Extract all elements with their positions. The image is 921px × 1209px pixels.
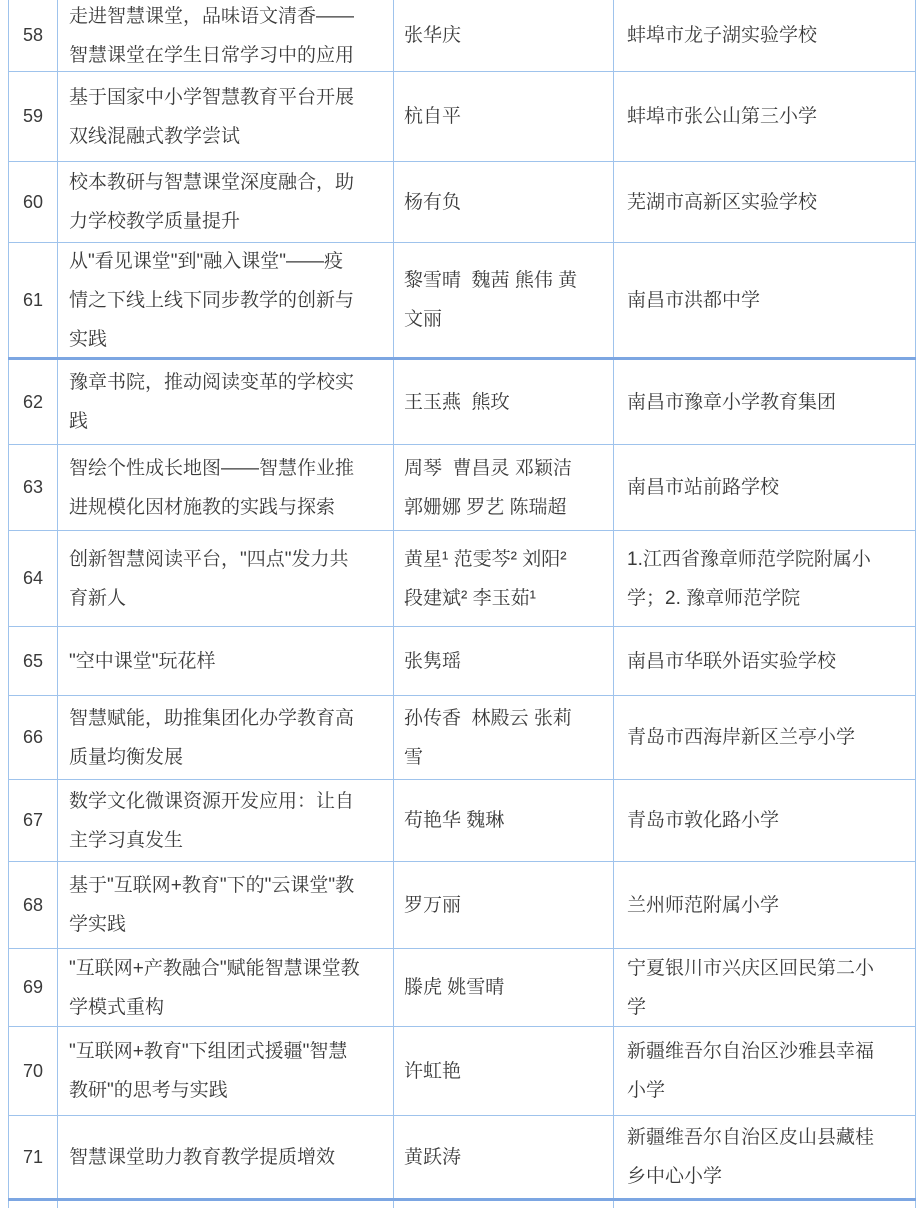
paper-title: 数学文化微课资源开发应用：让自 主学习真发生 (57, 780, 393, 861)
row-number: 67 (8, 780, 57, 861)
paper-title: 从"看见课堂"到"融入课堂"——疫 情之下线上线下同步教学的创新与 实践 (57, 243, 393, 357)
paper-title (57, 1201, 393, 1208)
paper-authors: 黄星¹ 范雯芩² 刘阳² 段建斌² 李玉茹¹ (393, 531, 613, 626)
table-row: 58 走进智慧课堂，品味语文清香—— 智慧课堂在学生日常学习中的应用 张华庆 蚌… (8, 0, 916, 72)
paper-title: 基于国家中小学智慧教育平台开展 双线混融式教学尝试 (57, 72, 393, 161)
document-page: 58 走进智慧课堂，品味语文清香—— 智慧课堂在学生日常学习中的应用 张华庆 蚌… (0, 0, 921, 1209)
school-name: 南昌市豫章小学教育集团 (613, 360, 916, 444)
paper-authors: 杨有负 (393, 162, 613, 242)
paper-title: 智慧课堂助力教育教学提质增效 (57, 1116, 393, 1198)
paper-authors: 杭自平 (393, 72, 613, 161)
table-row: 68 基于"互联网+教育"下的"云课堂"教 学实践 罗万丽 兰州师范附属小学 (8, 862, 916, 949)
school-name: 1.江西省豫章师范学院附属小 学；2. 豫章师范学院 (613, 531, 916, 626)
school-name: 青岛市西海岸新区兰亭小学 (613, 696, 916, 779)
row-number: 61 (8, 243, 57, 357)
row-number: 66 (8, 696, 57, 779)
paper-title: 智慧赋能，助推集团化办学教育高 质量均衡发展 (57, 696, 393, 779)
paper-title: 创新智慧阅读平台，"四点"发力共 育新人 (57, 531, 393, 626)
paper-title: "互联网+教育"下组团式援疆"智慧 教研"的思考与实践 (57, 1027, 393, 1115)
table-row: 59 基于国家中小学智慧教育平台开展 双线混融式教学尝试 杭自平 蚌埠市张公山第… (8, 72, 916, 162)
school-name: 南昌市洪都中学 (613, 243, 916, 357)
row-number: 62 (8, 360, 57, 444)
school-name: 新疆维吾尔自治区皮山县藏桂 乡中心小学 (613, 1116, 916, 1198)
paper-authors: 黎雪晴 魏茜 熊伟 黄 文丽 (393, 243, 613, 357)
school-name: 南昌市站前路学校 (613, 445, 916, 530)
row-number: 58 (8, 0, 57, 71)
school-name: 芜湖市高新区实验学校 (613, 162, 916, 242)
table-row: 66 智慧赋能，助推集团化办学教育高 质量均衡发展 孙传香 林殿云 张莉 雪 青… (8, 696, 916, 780)
table-row: 67 数学文化微课资源开发应用：让自 主学习真发生 苟艳华 魏琳 青岛市敦化路小… (8, 780, 916, 862)
paper-authors: 罗万丽 (393, 862, 613, 948)
paper-authors: 苟艳华 魏琳 (393, 780, 613, 861)
school-name (613, 1201, 916, 1208)
paper-title: 校本教研与智慧课堂深度融合，助 力学校教学质量提升 (57, 162, 393, 242)
school-name: 宁夏银川市兴庆区回民第二小 学 (613, 949, 916, 1026)
table-row: 65 "空中课堂"玩花样 张隽瑶 南昌市华联外语实验学校 (8, 627, 916, 696)
row-number: 64 (8, 531, 57, 626)
table-row: 61 从"看见课堂"到"融入课堂"——疫 情之下线上线下同步教学的创新与 实践 … (8, 243, 916, 360)
paper-authors: 王玉燕 熊玫 (393, 360, 613, 444)
row-number: 70 (8, 1027, 57, 1115)
paper-title: "空中课堂"玩花样 (57, 627, 393, 695)
table-row: 63 智绘个性成长地图——智慧作业推 进规模化因材施教的实践与探索 周琴 曹昌灵… (8, 445, 916, 531)
row-number (8, 1201, 57, 1208)
table-row: 62 豫章书院，推动阅读变革的学校实 践 王玉燕 熊玫 南昌市豫章小学教育集团 (8, 360, 916, 445)
paper-authors: 张隽瑶 (393, 627, 613, 695)
school-name: 南昌市华联外语实验学校 (613, 627, 916, 695)
paper-authors: 许虹艳 (393, 1027, 613, 1115)
row-number: 71 (8, 1116, 57, 1198)
school-name: 兰州师范附属小学 (613, 862, 916, 948)
table-row: 71 智慧课堂助力教育教学提质增效 黄跃涛 新疆维吾尔自治区皮山县藏桂 乡中心小… (8, 1116, 916, 1201)
paper-title: 走进智慧课堂，品味语文清香—— 智慧课堂在学生日常学习中的应用 (57, 0, 393, 71)
table-row: 69 "互联网+产教融合"赋能智慧课堂教 学模式重构 滕虎 姚雪晴 宁夏银川市兴… (8, 949, 916, 1027)
row-number: 59 (8, 72, 57, 161)
paper-title: 基于"互联网+教育"下的"云课堂"教 学实践 (57, 862, 393, 948)
paper-title: 豫章书院，推动阅读变革的学校实 践 (57, 360, 393, 444)
paper-authors: 周琴 曹昌灵 邓颖洁 郭姗娜 罗艺 陈瑞超 (393, 445, 613, 530)
row-number: 65 (8, 627, 57, 695)
paper-award-table: 58 走进智慧课堂，品味语文清香—— 智慧课堂在学生日常学习中的应用 张华庆 蚌… (8, 0, 916, 1208)
row-number: 63 (8, 445, 57, 530)
table-row: 70 "互联网+教育"下组团式援疆"智慧 教研"的思考与实践 许虹艳 新疆维吾尔… (8, 1027, 916, 1116)
paper-authors: 黄跃涛 (393, 1116, 613, 1198)
paper-authors: 孙传香 林殿云 张莉 雪 (393, 696, 613, 779)
school-name: 青岛市敦化路小学 (613, 780, 916, 861)
paper-title: "互联网+产教融合"赋能智慧课堂教 学模式重构 (57, 949, 393, 1026)
paper-authors (393, 1201, 613, 1208)
paper-authors: 滕虎 姚雪晴 (393, 949, 613, 1026)
school-name: 新疆维吾尔自治区沙雅县幸福 小学 (613, 1027, 916, 1115)
table-row: 60 校本教研与智慧课堂深度融合，助 力学校教学质量提升 杨有负 芜湖市高新区实… (8, 162, 916, 243)
table-row-partial (8, 1201, 916, 1208)
paper-authors: 张华庆 (393, 0, 613, 71)
row-number: 60 (8, 162, 57, 242)
school-name: 蚌埠市张公山第三小学 (613, 72, 916, 161)
paper-title: 智绘个性成长地图——智慧作业推 进规模化因材施教的实践与探索 (57, 445, 393, 530)
school-name: 蚌埠市龙子湖实验学校 (613, 0, 916, 71)
table-row: 64 创新智慧阅读平台，"四点"发力共 育新人 黄星¹ 范雯芩² 刘阳² 段建斌… (8, 531, 916, 627)
row-number: 69 (8, 949, 57, 1026)
row-number: 68 (8, 862, 57, 948)
